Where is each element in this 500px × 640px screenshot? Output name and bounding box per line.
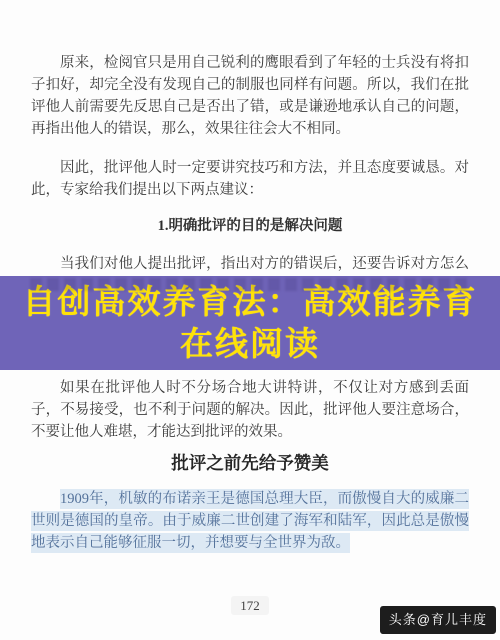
banner-title-line-2: 在线阅读 <box>0 323 500 365</box>
paragraph-highlighted: 1909年，机敏的布诺亲王是德国总理大臣，而傲慢自大的威廉二世则是德国的皇帝。由… <box>31 488 469 554</box>
page-number: 172 <box>231 596 269 615</box>
watermark-badge: 头条@育儿丰度 <box>380 606 496 634</box>
section-heading-1: 1.明确批评的目的是解决问题 <box>31 214 469 238</box>
section-heading-2: 批评之前先给予赞美 <box>31 450 469 476</box>
obscured-text-ghost <box>30 278 470 291</box>
paragraph-partial-obscured: 当我们对他人提出批评，指出对方的错误后，还要告诉对方怎么做 <box>31 253 469 277</box>
highlighted-text: 1909年，机敏的布诺亲王是德国总理大臣，而傲慢自大的威廉二世则是德国的皇帝。由… <box>31 489 469 553</box>
paragraph-inspector-anecdote: 原来，检阅官只是用自己锐利的鹰眼看到了年轻的士兵没有将扣子扣好，却完全没有发现自… <box>31 52 469 140</box>
paragraph-criticism-occasion: 如果在批评他人时不分场合地大讲特讲，不仅让对方感到丢面子，不易接受，也不利于问题… <box>31 377 469 443</box>
promo-banner: 自创高效养育法：高效能养育 在线阅读 <box>0 276 500 370</box>
paragraph-advice-intro: 因此，批评他人时一定要讲究技巧和方法，并且态度要诚恳。对此，专家给我们提出以下两… <box>31 157 469 201</box>
book-page: 原来，检阅官只是用自己锐利的鹰眼看到了年轻的士兵没有将扣子扣好，却完全没有发现自… <box>0 0 500 640</box>
